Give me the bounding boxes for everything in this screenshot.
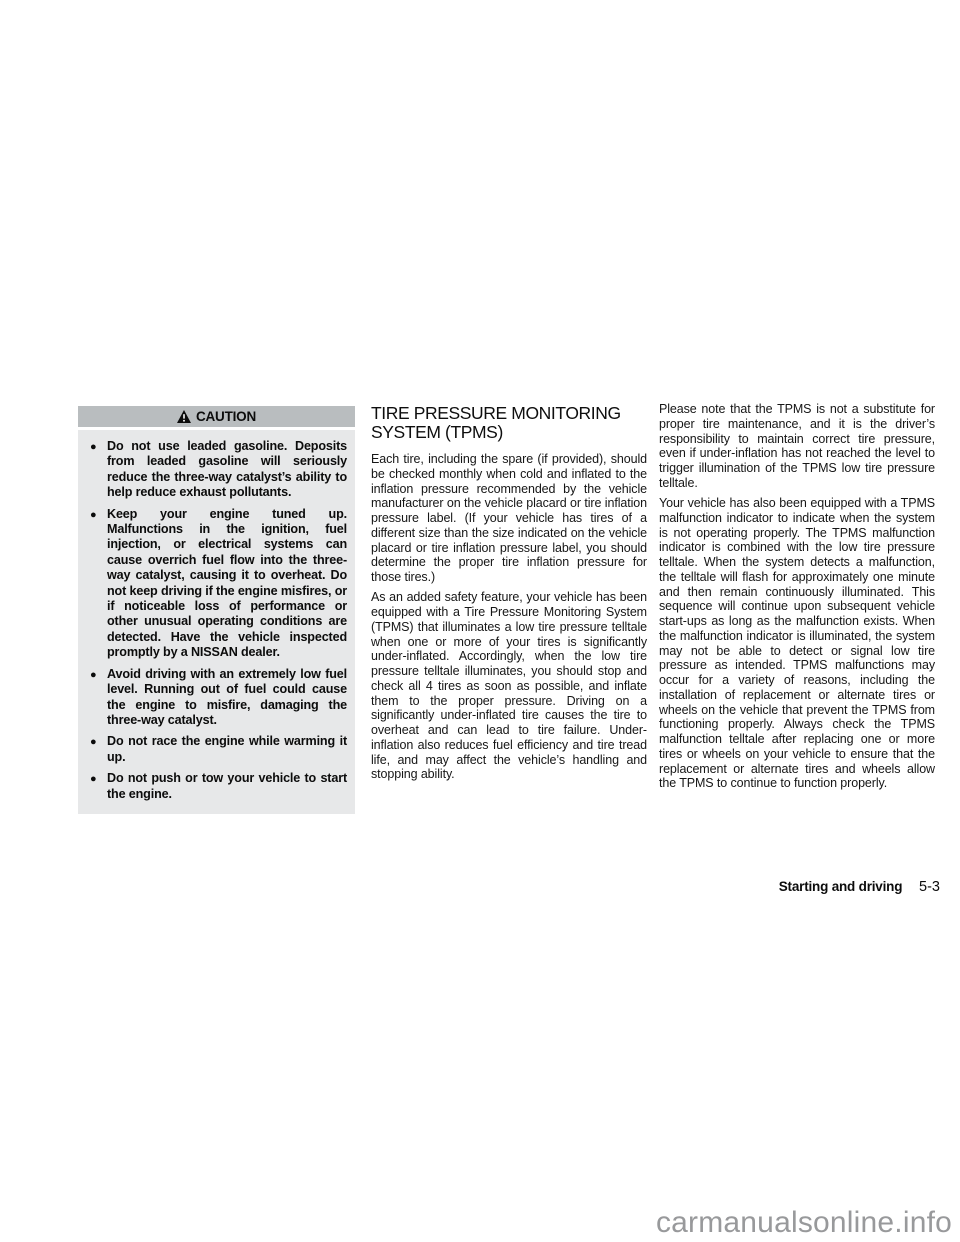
footer-page-number: 5-3 <box>919 879 940 895</box>
caution-item: ● Do not race the engine while warming i… <box>86 734 347 765</box>
caution-item-text: Do not use leaded gasoline. Deposits fro… <box>107 439 347 499</box>
bullet-icon: ● <box>90 508 97 523</box>
caution-item: ● Do not use leaded gasoline. Deposits f… <box>86 439 347 501</box>
caution-item: ● Keep your engine tuned up. Malfunction… <box>86 507 347 661</box>
warning-triangle-icon <box>177 410 191 423</box>
caution-item-text: Keep your engine tuned up. Malfunctions … <box>107 507 347 660</box>
caution-item-text: Do not race the engine while warming it … <box>107 734 347 763</box>
bullet-icon: ● <box>90 440 97 455</box>
bullet-icon: ● <box>90 668 97 683</box>
caution-box: CAUTION ● Do not use leaded gasoline. De… <box>78 406 355 814</box>
tpms-section-column: TIRE PRESSURE MONITORING SYSTEM (TPMS) E… <box>371 404 647 782</box>
bullet-icon: ● <box>90 735 97 750</box>
caution-title: CAUTION <box>196 409 256 424</box>
bullet-icon: ● <box>90 772 97 787</box>
caution-item: ● Do not push or tow your vehicle to sta… <box>86 771 347 802</box>
page-footer: Starting and driving 5-3 <box>779 879 940 895</box>
caution-item-text: Avoid driving with an extremely low fuel… <box>107 667 347 727</box>
section-heading: TIRE PRESSURE MONITORING SYSTEM (TPMS) <box>371 404 647 441</box>
body-paragraph: As an added safety feature, your vehicle… <box>371 590 647 782</box>
body-paragraph: Each tire, including the spare (if provi… <box>371 452 647 585</box>
watermark-text: carmanualsonline.info <box>656 1206 952 1240</box>
body-paragraph: Your vehicle has also been equipped with… <box>659 496 935 791</box>
body-paragraph: Please note that the TPMS is not a subst… <box>659 402 935 491</box>
footer-section-label: Starting and driving <box>779 879 903 894</box>
tpms-continuation-column: Please note that the TPMS is not a subst… <box>659 402 935 791</box>
caution-item: ● Avoid driving with an extremely low fu… <box>86 667 347 729</box>
caution-list: ● Do not use leaded gasoline. Deposits f… <box>86 439 347 802</box>
caution-body: ● Do not use leaded gasoline. Deposits f… <box>78 430 355 814</box>
caution-item-text: Do not push or tow your vehicle to start… <box>107 771 347 800</box>
manual-page: CAUTION ● Do not use leaded gasoline. De… <box>0 0 960 1242</box>
caution-header: CAUTION <box>78 406 355 427</box>
